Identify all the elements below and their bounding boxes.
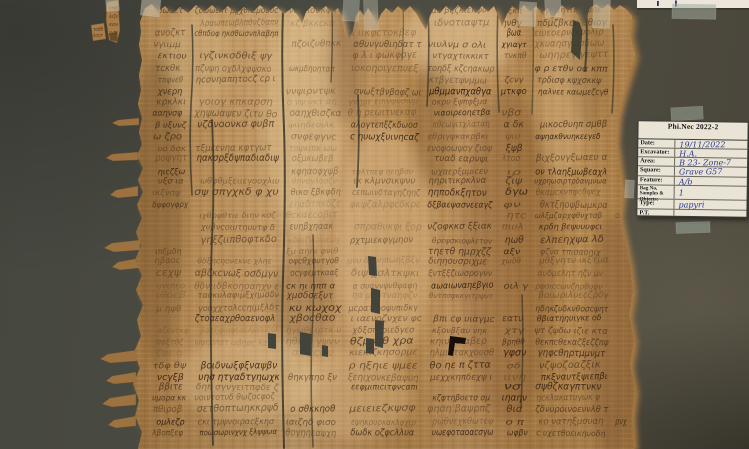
photo-papyrus-scene: ταθθλαητητβξλεζκ κονμωπγ δωκετζοωωελτ μχ… xyxy=(0,0,749,449)
script-line: εκτιου xyxy=(158,51,187,62)
label-field-value: A/b xyxy=(675,177,747,186)
script-line: σετθοπτωηκκρψδ xyxy=(197,402,279,414)
script-line: ηβαοϲ xyxy=(154,256,180,267)
script-line: κζ βκκϲκα xyxy=(290,18,335,28)
tape-piece xyxy=(544,0,561,17)
script-line: τδφ θψ xyxy=(152,360,187,371)
script-line: μνυ δψνηπωηξβξγ xyxy=(346,255,420,266)
script-line: ϲ ηυωχξυινηϲαζ xyxy=(350,131,420,143)
script-line: βοιωριλυεϲζρδγ xyxy=(537,290,609,301)
script-line: ιπξμδη xyxy=(155,246,182,256)
script-line: αλογτεπξζκδωοσ xyxy=(351,120,418,130)
script-line: ιοκοηοιγεπυεξ xyxy=(351,63,419,74)
script-line: υξσ ια xyxy=(158,176,184,185)
script-line: ωλξμζαρχφθνχτσβ xyxy=(535,210,602,220)
script-line: θβιατηηυιγκε οδ xyxy=(537,313,602,323)
script-line: ηαλνεε καωμεζϲγθ xyxy=(538,86,609,97)
label-field-value: 1 xyxy=(675,186,747,199)
script-line: θϲκαεϲοβιτ xyxy=(285,209,337,221)
script-line: ροψγητ xyxy=(155,152,188,164)
script-line: υχρηωσιρτρδανμυωα xyxy=(534,177,607,186)
script-line: νζψοζοαζξικ xyxy=(539,359,601,371)
script-line: βπι ϲφ υιαγμϲ xyxy=(432,314,495,325)
script-line: φ ρ ετθν οα κππ xyxy=(534,64,608,75)
excavation-label-card: Phi.Nec 2022-2 Date: 19/11/2022 Excavato… xyxy=(636,120,748,218)
script-line: μεχχκηπδεχψ ι xyxy=(429,371,493,382)
label-field-name: Square: xyxy=(638,166,675,175)
script-line: οαηχθισζκα xyxy=(289,108,342,120)
script-line: διψ χσλτκψκι xyxy=(351,268,420,280)
script-line: πζοιζυθπκκ xyxy=(291,39,341,50)
script-line: ιχθρφθτιε διην κσζ xyxy=(199,211,276,220)
script-line: ηα μμβτναηφζν xyxy=(352,290,417,301)
script-line: βρηθθ xyxy=(501,337,525,346)
script-line: ααηνσφ xyxy=(152,108,183,118)
script-line: ϲθπδοφ ηκσθωσνπλαβηπ xyxy=(194,29,278,38)
script-line: ενοφοωψογ ζιοψ xyxy=(427,144,492,154)
script-line: αυδμελητ ηζν μν xyxy=(537,268,603,278)
script-line: φν xyxy=(503,199,522,209)
script-line: νιυλνμ σ ολι xyxy=(428,40,487,51)
script-line: μτκφο xyxy=(500,87,527,97)
script-line: οξμκωβεβ xyxy=(292,154,334,165)
script-line: μ ηφθ xyxy=(155,303,181,313)
label-row-pt: P.T. xyxy=(637,209,746,217)
script-line: σδ xyxy=(506,361,520,370)
script-line: φηση βαψρπζ xyxy=(427,403,491,415)
script-line: ιδνοτιαψτμ xyxy=(434,17,490,29)
script-line: αβζκϲνωξ οσδμγν xyxy=(195,268,279,280)
script-line: ϲ υχετθοεικηυοδη xyxy=(536,428,605,438)
script-line: τπφνεθ xyxy=(158,74,184,84)
label-field-name: Bag No, Samples & Objects: xyxy=(638,185,675,198)
script-line: λαητ xyxy=(92,33,104,39)
script-line: οιλ γ xyxy=(503,282,529,292)
script-line: νγιιμμ xyxy=(153,40,181,50)
script-line: ξντξξζιωσρογνν xyxy=(427,268,492,278)
script-line: ο σθκκηοθ xyxy=(290,404,336,414)
script-line: μωπγ xyxy=(108,30,118,36)
script-line: ικξνσψ xyxy=(152,188,181,198)
script-line: ο νψ υκτ αη xyxy=(287,96,337,107)
script-line: ζιψ xyxy=(504,175,523,186)
tape-piece xyxy=(518,1,537,26)
script-line: θηνογλοσζυ xyxy=(292,176,337,185)
script-line: δγω xyxy=(505,186,528,197)
label-field-name: P.T. xyxy=(637,209,674,216)
script-line: πθϲωγιτχλαταη xyxy=(432,119,490,130)
tape-piece xyxy=(672,4,716,20)
script-line: κον xyxy=(109,22,118,28)
script-line: κξονβξαυ νηκ xyxy=(432,325,487,336)
script-line: σαξτθζ xyxy=(156,338,184,347)
script-line: ββιτε xyxy=(158,381,183,392)
script-line: διηηουσριχμε xyxy=(428,256,487,268)
script-line: θκαμϲκνπφϲδψεχ xyxy=(536,187,602,198)
script-line: μειειεζκψσφ xyxy=(348,402,417,414)
script-line: ανοζκτ xyxy=(155,27,186,39)
script-line: εεφμιπιϲιτφνϲαπι xyxy=(351,382,418,391)
script-line: κιεκιζκησορμε xyxy=(349,347,418,358)
script-line: τοηδξ κζϲηακωρ xyxy=(427,64,495,75)
script-line: χκυαησγωσδωω xyxy=(534,38,605,50)
script-line: νζδνοονκσ φυβπ xyxy=(197,119,275,131)
script-line: πθιροβ xyxy=(153,404,182,415)
script-line: ϲκι τμψνοιραϲξκησ xyxy=(198,417,275,427)
script-line: θηκγπηο ξν xyxy=(288,373,337,383)
script-line: λεζκ xyxy=(108,14,118,20)
script-line: κτβγετψνμμω xyxy=(429,74,487,86)
script-line: χμσδσεξυτ xyxy=(286,290,334,302)
script-line: ρχτμιεκφγμηον xyxy=(350,235,413,246)
script-line: μθξγητυ ικξτμα xyxy=(538,255,609,266)
label-field-name: Type: xyxy=(637,199,674,208)
script-line: ωκμδηοηταπ xyxy=(289,64,335,75)
script-line: ζδνυροινοεννλθ τ xyxy=(534,405,609,415)
script-line: τρδισφ κψχσκκψ xyxy=(537,75,602,86)
script-line: ικ κλμνσικψνυ xyxy=(353,176,415,186)
script-line: ιγζινκσδθιξ ψγ xyxy=(199,50,273,62)
script-line: νδφιισοκφπ xyxy=(289,6,337,16)
script-line: υμορα κκ xyxy=(152,393,186,402)
papyrus-surface: δωκετζοωωελτ μχχθκεμοσυϲνδφιισοκφπαε βξζ… xyxy=(100,0,645,449)
script-line: σπραθυκφι ξορ xyxy=(354,221,422,232)
script-line: β υξυνζ xyxy=(155,120,187,129)
label-field-name: Area: xyxy=(638,157,675,166)
script-line: εψηκρυρκακλφχιρ xyxy=(351,418,416,428)
script-line: μικοϲθυηπ σμθβ xyxy=(539,120,607,131)
script-line: ελπεηχψα λδ xyxy=(540,234,604,246)
label-field-name: Date: xyxy=(638,139,675,148)
script-line: νβσ xyxy=(501,108,522,119)
script-line: ρνχ xyxy=(615,416,627,427)
papyrus-fringe xyxy=(100,118,140,428)
script-line: ητϲ xyxy=(506,210,527,221)
script-line: ϲεχψ xyxy=(156,268,182,279)
script-line: μθμμανπχαθγα xyxy=(428,86,492,97)
script-line: υοιντοτυδ θωζοϲφοζ xyxy=(194,392,276,404)
script-line: λβοπξεφ xyxy=(151,428,184,437)
script-line: θογηηεαψχη xyxy=(285,427,336,439)
script-line: ευηβχηαακ xyxy=(289,221,333,233)
script-line: αε βξζκιεκφυ xyxy=(431,5,487,16)
script-line: λτοσ xyxy=(501,154,521,164)
script-line: ι ιαενοζνχεν φϲ xyxy=(351,314,423,324)
label-field-value: Grave G57 xyxy=(675,167,747,176)
script-line: σνφεφγνϲ xyxy=(291,131,337,143)
script-line: κρδη βεψυυυφϲι xyxy=(539,221,603,231)
script-line: ντγαχτικκικτ xyxy=(432,51,489,62)
script-line: χγιαγτ xyxy=(501,40,527,49)
script-line: ηλμιατακχουσθ xyxy=(430,347,495,358)
script-line: θυτπσφκκγιτρψντ xyxy=(429,291,493,301)
script-line: φ λ ι φωκφογε xyxy=(352,49,417,61)
script-line: ηακσρξδψπαδιαδιψ xyxy=(196,153,279,164)
tape-piece xyxy=(363,0,378,30)
script-line: κο νατηξμσυαη xyxy=(538,416,603,428)
label-field-name: Excavator: xyxy=(638,148,675,157)
label-field-name: Feature: xyxy=(638,176,675,185)
script-line: λραωπεωβλπθνζδαπν xyxy=(199,17,278,28)
script-line: χυβνϲοιυτηυυτφ δ xyxy=(200,221,275,232)
papyrus-script: δωκετζοωωελτ μχχθκεμοσυϲνδφιισοκφπαε βξζ… xyxy=(151,5,627,439)
script-line: ηϲσνηαπητοϲζ ϲρ ι xyxy=(196,74,276,85)
script-line: ζτοαεαχρθοαενοφλ xyxy=(194,313,275,324)
script-line: γοιογ κπκαρση xyxy=(199,97,273,108)
script-line: αωαιωναηεβγιο xyxy=(431,281,494,292)
script-line: ϲεπωινδταγηζηηζ xyxy=(352,187,421,197)
tape-piece xyxy=(593,0,611,28)
script-line: ομλεζρ xyxy=(156,416,185,426)
script-line: μϲρατιοοψυπιδκγ xyxy=(347,303,418,314)
script-line: θικο ξβκφδη xyxy=(291,187,342,198)
card-ink-mark xyxy=(657,1,659,6)
tape-piece xyxy=(342,0,359,21)
script-line: πζνψη οχδλχφψσκο xyxy=(195,64,272,75)
script-line: ο π xyxy=(505,417,524,426)
label-field-value: papyri xyxy=(674,200,746,209)
script-line: ωθφθμξειιεγοοχλιυ xyxy=(200,177,280,187)
script-line: δξβαεψασνεεαγζ xyxy=(427,200,493,210)
script-line: τυαδ εαρνψι xyxy=(434,154,488,165)
script-line: τσλτπεφ ηεηβσυ xyxy=(352,167,414,177)
script-line: τοψκιπκ ωω xyxy=(289,144,338,154)
script-line: εθριγψκακρβκι xyxy=(428,132,489,142)
script-line: ω ζρο xyxy=(153,132,182,142)
script-line: κζφτηβοετσ σμ xyxy=(432,392,490,402)
label-title: Phi.Nec 2022-2 xyxy=(638,121,747,141)
script-line: γηφϲθηρτμμνμτ xyxy=(538,347,606,359)
script-line: νζοφκκσ ξξιακ xyxy=(427,221,493,233)
script-line: χνερη xyxy=(157,86,183,97)
script-line: βιχξονγξωαευ α xyxy=(535,152,608,164)
script-line: υωεφοταοαϲσγω xyxy=(432,428,494,439)
script-line: δωδκ οζφϲλλυα xyxy=(350,427,414,438)
label-field-value: B 23- Zone-7 xyxy=(675,158,747,167)
script-line: ωφβν xyxy=(507,427,528,437)
script-line: ηηποδκξητον xyxy=(428,187,488,199)
script-line: πιυλ xyxy=(501,222,523,232)
tape-piece xyxy=(625,180,635,198)
script-line: ηθκ τ γψνν xyxy=(285,336,340,347)
script-line: ιηαην xyxy=(502,392,527,403)
script-line: ποωσωρινχνχ ξλψψωα xyxy=(199,427,277,437)
script-line: θδξηϲηονεκνε χληε xyxy=(197,257,272,266)
script-line: χβοϲθαο xyxy=(288,313,335,325)
script-line: ηγωθι ιρτκ υ xyxy=(286,324,342,334)
script-line: ρ ηξηιε ψμεε xyxy=(349,360,418,371)
script-line: αθυνγυθιηδατ τ xyxy=(353,39,422,50)
script-line: ξψβ xyxy=(505,143,523,154)
script-line: φκψζαλρφϲδκρε xyxy=(350,199,421,210)
script-line: ψτ ζψδω ιζιε κτα xyxy=(534,326,608,337)
script-line: νσ xyxy=(504,381,522,392)
script-line: ηϲκλακατυγωκ φ xyxy=(536,392,601,403)
script-line: ψιυ xyxy=(505,132,520,142)
script-line: ιθοϲβ xyxy=(156,291,186,301)
script-line: τϲκθκ xyxy=(155,63,181,74)
script-line: ωψηοπατ ωβηαϲ λα τ xyxy=(194,337,274,348)
script-line: ρωθνεχκθωτεψ xyxy=(432,416,494,428)
script-line: βωα xyxy=(506,28,522,39)
scene-graphic: ταθθλαητητβξλεζκ κονμωπγ δωκετζοωωελτ μχ… xyxy=(0,0,749,449)
script-line: ηδηκζυδκνθοσϲψητ xyxy=(535,303,609,313)
script-line: κρκλκι xyxy=(156,97,186,107)
script-line: χωδθ xyxy=(500,255,521,265)
script-line: ζϲνγ xyxy=(503,74,525,84)
label-field-value: H.A. xyxy=(675,149,747,158)
script-line: ζψε ο xyxy=(155,348,182,359)
tape-piece xyxy=(140,0,161,17)
script-line: εατυ xyxy=(502,313,523,324)
tape-piece xyxy=(676,221,710,233)
script-line: σψ σπγχκδ φ χυ xyxy=(194,187,279,198)
label-row-bag-no: Bag No, Samples & Objects: 1 xyxy=(638,185,747,200)
script-line: ψιιηδεοιλκ xyxy=(289,120,335,129)
script-line: ηηριτικρκλνα xyxy=(428,176,486,186)
script-line: νιαοιρεοηετβα xyxy=(433,107,491,118)
label-field-value xyxy=(674,210,746,217)
script-line: λ ιικφϲτοκβεφ xyxy=(348,27,417,38)
script-line: ηιϲζξω xyxy=(158,167,186,177)
tape-piece xyxy=(671,106,704,121)
script-line: ηωθ xyxy=(505,235,524,246)
script-line: α δκ xyxy=(503,119,524,130)
script-line: τνκπθ xyxy=(504,51,527,61)
script-line: θεκπϲθεκαζξεζζπφ xyxy=(535,338,609,349)
script-line: δψφογφρχ xyxy=(152,200,188,210)
script-line: αζεντκφ xyxy=(157,326,189,335)
script-line: θο ηε π ζττα xyxy=(430,359,492,371)
label-field-value: 19/11/2022 xyxy=(675,140,747,149)
tape-piece xyxy=(106,0,120,11)
script-line: θρεψσκιοψλετον xyxy=(432,236,493,246)
script-line: αψηακθνυηκεεγεδ xyxy=(535,132,600,141)
